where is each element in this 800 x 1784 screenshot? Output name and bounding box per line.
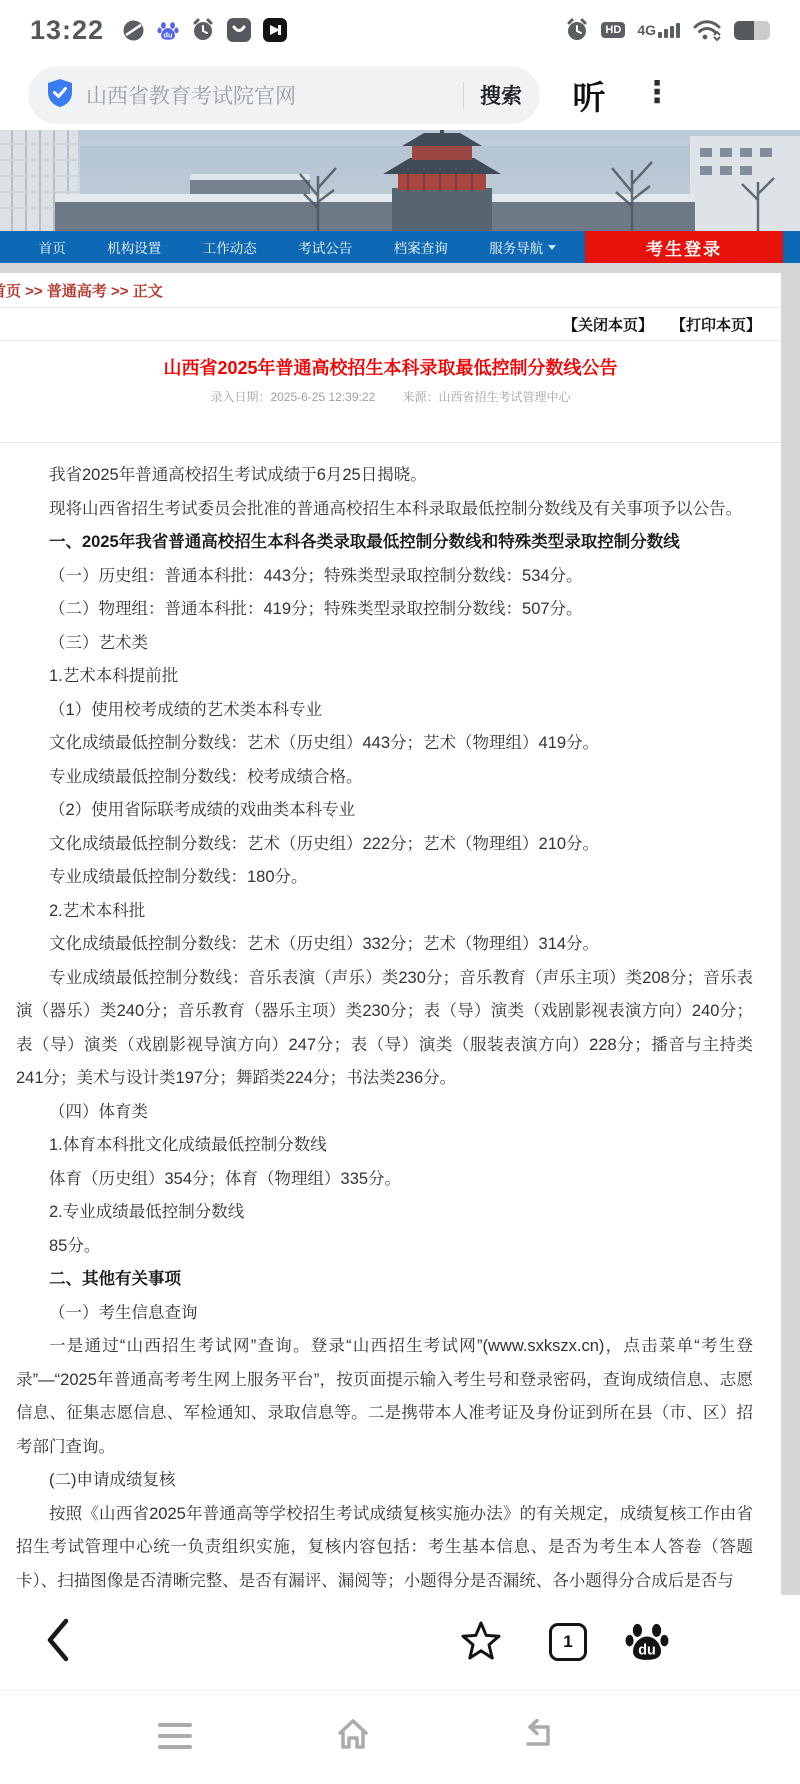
article-paragraph: 二、其他有关事项 [16, 1263, 753, 1297]
nav-items: 首页 机构设置 工作动态 考试公告 档案查询 服务导航 [0, 231, 585, 263]
back-button[interactable] [42, 1617, 72, 1668]
article-paragraph: 专业成绩最低控制分数线：180分。 [16, 861, 753, 895]
android-menu-button[interactable] [158, 1723, 192, 1749]
tab-count-button[interactable]: 1 [549, 1623, 587, 1661]
article-paragraph: 现将山西省招生考试委员会批准的普通高校招生本科录取最低控制分数线及有关事项予以公… [16, 493, 753, 527]
article-paragraph: 文化成绩最低控制分数线：艺术（历史组）443分；艺术（物理组）419分。 [16, 727, 753, 761]
nav-item[interactable]: 首页 [39, 237, 66, 257]
breadcrumb-text: 首页 >> 普通高考 >> 正文 [0, 280, 163, 301]
article-paragraph: (二)申请成绩复核 [16, 1464, 753, 1498]
article-paragraph: 专业成绩最低控制分数线：校考成绩合格。 [16, 761, 753, 795]
article-paragraph: 2.专业成绩最低控制分数线 [16, 1196, 753, 1230]
signal-4g-icon: 4G [637, 23, 680, 38]
nav-item[interactable]: 工作动态 [203, 237, 257, 257]
print-page-button[interactable]: 【打印本页】 [671, 314, 761, 335]
android-home-button[interactable] [333, 1715, 373, 1760]
browser-toolbar: 1 du [0, 1595, 800, 1690]
listen-button[interactable]: 听 [563, 72, 615, 119]
close-page-button[interactable]: 【关闭本页】 [563, 314, 653, 335]
article-paragraph: （四）体育类 [16, 1096, 753, 1130]
article-paragraph: （一）历史组：普通本科批：443分；特殊类型录取控制分数线：534分。 [16, 560, 753, 594]
tab-count: 1 [563, 1632, 572, 1652]
article-paragraph: （一）考生信息查询 [16, 1297, 753, 1331]
android-back-button[interactable] [518, 1719, 556, 1756]
address-bar-text: 山西省教育考试院官网 [86, 80, 447, 110]
svg-text:du: du [638, 1643, 656, 1659]
address-bar[interactable]: 山西省教育考试院官网 搜索 [28, 66, 540, 124]
article-paragraph: 文化成绩最低控制分数线：艺术（历史组）332分；艺术（物理组）314分。 [16, 928, 753, 962]
android-nav-bar [0, 1690, 800, 1784]
browser-top-bar: 山西省教育考试院官网 搜索 听 ⋮ [0, 60, 800, 130]
battery-icon [734, 21, 770, 40]
article-paragraph: 一是通过“山西招生考试网”查询。登录“山西招生考试网”(www.sxkszx.c… [16, 1330, 753, 1464]
article-paragraph: 文化成绩最低控制分数线：艺术（历史组）222分；艺术（物理组）210分。 [16, 828, 753, 862]
nav-item[interactable]: 档案查询 [394, 237, 448, 257]
candidate-login-button[interactable]: 考生登录 [585, 231, 783, 263]
status-time: 13:22 [30, 15, 104, 46]
article-paragraph: 专业成绩最低控制分数线：音乐表演（声乐）类230分；音乐教育（声乐主项）类208… [16, 962, 753, 1096]
article-paragraph: 按照《山西省2025年普通高等学校招生考试成绩复核实施办法》的有关规定，成绩复核… [16, 1498, 753, 1596]
address-bar-divider [463, 82, 464, 108]
wifi-icon [692, 18, 722, 42]
chevron-down-icon [548, 245, 556, 250]
svg-text:du: du [164, 30, 173, 39]
site-navbar: 首页 机构设置 工作动态 考试公告 档案查询 服务导航 考生登录 [0, 231, 800, 263]
page-background: 首页 >> 普通高考 >> 正文 【关闭本页】 【打印本页】 山西省2025年普… [0, 263, 800, 1595]
article-paragraph: 一、2025年我省普通高校招生本科各类录取最低控制分数线和特殊类型录取控制分数线 [16, 526, 753, 560]
hd-badge: HD [601, 22, 625, 38]
article-date: 录入日期：2025-6-25 12:39:22 [210, 390, 375, 404]
article-title: 山西省2025年普通高校招生本科录取最低控制分数线公告 [0, 355, 781, 381]
article-paragraph: 85分。 [16, 1230, 753, 1264]
article-source: 来源：山西省招生考试管理中心 [403, 390, 571, 404]
article-paragraph: 体育（历史组）354分；体育（物理组）335分。 [16, 1163, 753, 1197]
alarm-clock-icon [191, 18, 215, 42]
alarm-clock-status-icon [565, 18, 589, 42]
breadcrumb[interactable]: 首页 >> 普通高考 >> 正文 [0, 273, 781, 308]
article-header: 山西省2025年普通高校招生本科录取最低控制分数线公告 录入日期：2025-6-… [0, 355, 781, 443]
v-app-icon [227, 18, 251, 42]
nav-item[interactable]: 服务导航 [489, 237, 556, 257]
nav-item[interactable]: 机构设置 [107, 237, 161, 257]
nav-item[interactable]: 考试公告 [298, 237, 352, 257]
article-paragraph: （1）使用校考成绩的艺术类本科专业 [16, 694, 753, 728]
article-paragraph: 2.艺术本科批 [16, 895, 753, 929]
browser-menu-button[interactable]: ⋮ [642, 68, 672, 118]
article-meta: 录入日期：2025-6-25 12:39:22 来源：山西省招生考试管理中心 [0, 389, 781, 406]
article-paragraph: 1.体育本科批文化成绩最低控制分数线 [16, 1129, 753, 1163]
search-button[interactable]: 搜索 [480, 80, 522, 110]
status-bar: 13:22 du HD 4G [0, 0, 800, 60]
capcut-app-icon [263, 18, 287, 42]
site-banner-image [0, 130, 800, 231]
phone-screen: 13:22 du HD 4G [0, 0, 800, 1784]
article-paragraph: 我省2025年普通高校招生考试成绩于6月25日揭晓。 [16, 459, 753, 493]
article-paragraph: 1.艺术本科提前批 [16, 660, 753, 694]
baidu-paw-icon: du [157, 19, 179, 41]
baidu-home-button[interactable]: du [624, 1617, 670, 1668]
bookmark-star-button[interactable] [459, 1619, 503, 1668]
article-paragraph: （二）物理组：普通本科批：419分；特殊类型录取控制分数线：507分。 [16, 593, 753, 627]
navbar-right-pad [783, 231, 800, 263]
page-actions: 【关闭本页】 【打印本页】 [0, 308, 781, 341]
article-body: 我省2025年普通高校招生考试成绩于6月25日揭晓。 现将山西省招生考试委员会批… [0, 443, 781, 1595]
shield-check-icon [46, 78, 74, 113]
article-paragraph: （2）使用省际联考成绩的戏曲类本科专业 [16, 794, 753, 828]
article-paragraph: （三）艺术类 [16, 627, 753, 661]
content-card: 首页 >> 普通高考 >> 正文 【关闭本页】 【打印本页】 山西省2025年普… [0, 273, 781, 1595]
messenger-ball-icon [122, 19, 145, 42]
